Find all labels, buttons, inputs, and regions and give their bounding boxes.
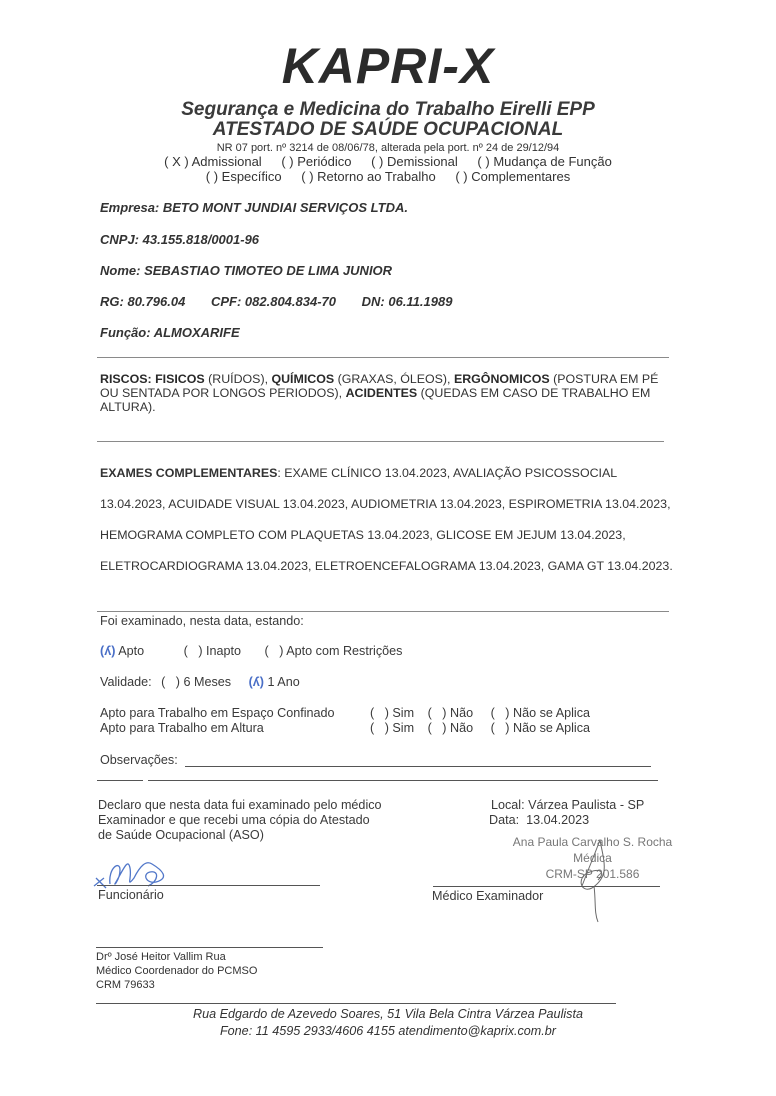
observations-label: Observações:: [100, 753, 178, 768]
dn-value: 06.11.1989: [388, 294, 452, 309]
divider: [97, 611, 669, 612]
nome-value: SEBASTIAO TIMOTEO DE LIMA JUNIOR: [144, 263, 392, 278]
checkmark-icon: (ʎ): [249, 675, 264, 689]
exam-type-mudanca: ( ) Mudança de Função: [477, 154, 611, 169]
rg-value: 80.796.04: [127, 294, 185, 309]
validity-option-1-ano[interactable]: (ʎ) 1 Ano: [249, 675, 300, 690]
special-height: Apto para Trabalho em Altura ( ) Sim ( )…: [100, 721, 264, 736]
divider: [97, 441, 664, 442]
exam-intro: Foi examinado, nesta data, estando:: [100, 614, 304, 629]
funcao-value: ALMOXARIFE: [154, 325, 240, 340]
risk-name: QUÍMICOS: [271, 372, 334, 386]
field-funcao: Função: ALMOXARIFE: [100, 325, 240, 341]
risk-name: ERGÔNOMICOS: [454, 372, 550, 386]
status-option-apto[interactable]: (ʎ) Apto: [100, 644, 144, 659]
employee-signature-line: [97, 885, 320, 886]
examiner-signature-label: Médico Examinador: [432, 889, 543, 904]
special-confined: Apto para Trabalho em Espaço Confinado (…: [100, 706, 335, 721]
local-value: Várzea Paulista - SP: [528, 798, 644, 812]
observations-line-2a: [97, 780, 143, 781]
coordinator-crm: CRM 79633: [96, 978, 257, 992]
footer-address: Rua Edgardo de Azevedo Soares, 51 Vila B…: [0, 1006, 776, 1023]
exam-type-especifico: ( ) Específico: [206, 169, 282, 184]
observations-line-2b[interactable]: [148, 780, 658, 781]
declaration-text: Declaro que nesta data fui examinado pel…: [98, 798, 382, 843]
risks-section: RISCOS: FISICOS (RUÍDOS), QUÍMICOS (GRAX…: [100, 372, 670, 414]
exam-type-periodico: ( ) Periódico: [281, 154, 351, 169]
status-option-inapto[interactable]: ( ) Inapto: [184, 644, 241, 659]
height-sim[interactable]: ( ) Sim: [370, 721, 414, 736]
cpf-value: 082.804.834-70: [245, 294, 336, 309]
height-nao-se-aplica[interactable]: ( ) Não se Aplica: [491, 721, 590, 736]
field-cnpj: CNPJ: 43.155.818/0001-96: [100, 232, 259, 248]
exam-type-admissional: ( X ) Admissional: [164, 154, 262, 169]
examiner-signature-line: [433, 886, 660, 887]
cnpj-value: 43.155.818/0001-96: [143, 232, 259, 247]
exam-type-demissional: ( ) Demissional: [371, 154, 458, 169]
company-logo: KAPRI-X: [0, 36, 776, 96]
field-documents: RG: 80.796.04 CPF: 082.804.834-70 DN: 06…: [100, 294, 452, 310]
employee-signature-label: Funcionário: [98, 888, 164, 903]
field-nome: Nome: SEBASTIAO TIMOTEO DE LIMA JUNIOR: [100, 263, 392, 279]
exam-type-row-1: ( X ) Admissional ( ) Periódico ( ) Demi…: [0, 154, 776, 169]
footer-divider: [96, 1003, 616, 1004]
confined-sim[interactable]: ( ) Sim: [370, 706, 414, 721]
coordinator-block: Drº José Heitor Vallim Rua Médico Coorde…: [96, 950, 257, 992]
company-name: Segurança e Medicina do Trabalho Eirelli…: [0, 100, 776, 120]
confined-nao-se-aplica[interactable]: ( ) Não se Aplica: [491, 706, 590, 721]
status-option-restricoes[interactable]: ( ) Apto com Restrições: [265, 644, 403, 659]
validity-option-6-meses[interactable]: ( ) 6 Meses: [161, 675, 231, 690]
height-nao[interactable]: ( ) Não: [428, 721, 474, 736]
divider: [97, 357, 669, 358]
exam-type-retorno: ( ) Retorno ao Trabalho: [301, 169, 435, 184]
coordinator-signature-line: [96, 947, 323, 948]
fitness-status: (ʎ) Apto ( ) Inapto ( ) Apto com Restriç…: [100, 644, 402, 659]
checkmark-icon: (ʎ): [100, 644, 115, 658]
confined-nao[interactable]: ( ) Não: [428, 706, 474, 721]
date: Data: 13.04.2023: [489, 813, 589, 828]
risk-name: ACIDENTES: [346, 386, 418, 400]
risk-name: FISICOS: [155, 372, 205, 386]
field-empresa: Empresa: BETO MONT JUNDIAI SERVIÇOS LTDA…: [100, 200, 408, 216]
validity: Validade: ( ) 6 Meses (ʎ) 1 Ano: [100, 675, 300, 690]
local: Local: Várzea Paulista - SP: [491, 798, 644, 813]
coordinator-role: Médico Coordenador do PCMSO: [96, 964, 257, 978]
observations-line-1[interactable]: [185, 766, 651, 767]
doctor-signature: [570, 836, 630, 926]
exam-type-complementares: ( ) Complementares: [455, 169, 570, 184]
exam-type-row-2: ( ) Específico ( ) Retorno ao Trabalho (…: [0, 169, 776, 184]
complementary-exams: EXAMES COMPLEMENTARES: EXAME CLÍNICO 13.…: [100, 458, 680, 582]
document-title: ATESTADO DE SAÚDE OCUPACIONAL: [0, 120, 776, 140]
empresa-value: BETO MONT JUNDIAI SERVIÇOS LTDA.: [163, 200, 408, 215]
coordinator-name: Drº José Heitor Vallim Rua: [96, 950, 257, 964]
date-value: 13.04.2023: [526, 813, 589, 827]
footer-contact: Fone: 11 4595 2933/4606 4155 atendimento…: [0, 1023, 776, 1040]
